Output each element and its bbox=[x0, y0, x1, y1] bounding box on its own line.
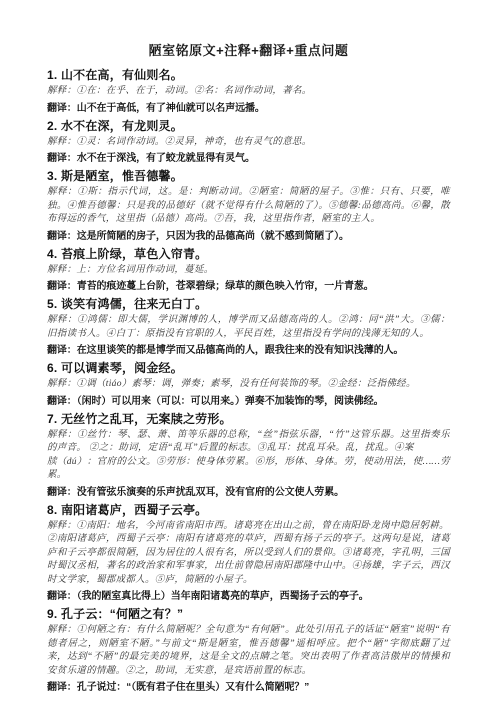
item-annotation: 解释：①调（tiáo）素琴：调，弹奏；素琴，没有任何装饰的琴。②金经：泛指佛经。 bbox=[47, 378, 450, 392]
item-heading: 7. 无丝竹之乱耳，无案牍之劳形。 bbox=[47, 412, 450, 427]
note-item: 8. 南阳诸葛庐，西蜀子云亭。解释：①南阳：地名，今河南省南阳市西。诸葛亮在出山… bbox=[47, 503, 450, 605]
item-translation: 翻译：（闲时）可以用来（可以：可以用来。）弹奏不加装饰的琴，阅读佛经。 bbox=[47, 395, 450, 409]
item-annotation: 解释：①灵：名词作动词。②灵异，神奇，也有灵气的意思。 bbox=[47, 136, 450, 150]
annotation-line: 解释：上：方位名词用作动词，蔓延。 bbox=[47, 264, 450, 278]
document-title: 陋室铭原文+注释+翻译+重点问题 bbox=[47, 42, 450, 60]
document-page: 陋室铭原文+注释+翻译+重点问题 1. 山不在高，有仙则名。解释：①在：在乎、在… bbox=[0, 0, 496, 702]
item-translation: 翻译：山不在于高低，有了神仙就可以名声远播。 bbox=[47, 102, 450, 116]
note-item: 5. 谈笑有鸿儒，往来无白丁。解释：①鸿儒：即大儒，学识渊博的人，博学而又品德高… bbox=[47, 297, 450, 358]
note-item: 2. 水不在深，有龙则灵。解释：①灵：名词作动词。②灵异，神奇，也有灵气的意思。… bbox=[47, 119, 450, 167]
item-annotation: 解释：上：方位名词用作动词，蔓延。 bbox=[47, 264, 450, 278]
annotation-line: ②南阳诸葛庐，西蜀子云亭：南阳有诸葛亮的草庐，西蜀有扬子云的亭子。这两句是说，诸… bbox=[47, 533, 450, 587]
item-heading: 8. 南阳诸葛庐，西蜀子云亭。 bbox=[47, 503, 450, 518]
annotation-line: 解释：①调（tiáo）素琴：调，弹奏；素琴，没有任何装饰的琴。②金经：泛指佛经。 bbox=[47, 378, 450, 392]
item-translation: 翻译：没有管弦乐演奏的乐声扰乱双耳，没有官府的公文使人劳累。 bbox=[47, 486, 450, 500]
item-annotation: 解释：①丝竹：琴、瑟、萧、笛等乐器的总称，“丝”指弦乐器，“竹”这管乐器。这里指… bbox=[47, 429, 450, 483]
item-heading: 9. 孔子云：“何陋之有？” bbox=[47, 607, 450, 622]
note-item: 4. 苔痕上阶绿，草色入帘青。解释：上：方位名词用作动词，蔓延。翻译：青苔的痕迹… bbox=[47, 247, 450, 295]
annotation-line: 牍（dú）：官府的公文。⑤劳形：使身体劳累。⑥形，形体、身体。劳，使动用法，使…… bbox=[47, 456, 450, 483]
note-item: 1. 山不在高，有仙则名。解释：①在：在乎、在于，动词。②名：名词作动词，著名。… bbox=[47, 68, 450, 116]
item-heading: 3. 斯是陋室，惟吾德馨。 bbox=[47, 169, 450, 184]
item-heading: 2. 水不在深，有龙则灵。 bbox=[47, 119, 450, 134]
annotation-line: 解释：①鸿儒：即大儒，学识渊博的人，博学而又品德高尚的人。②鸿：同“洪”大。③儒… bbox=[47, 314, 450, 341]
annotation-line: 解释：①在：在乎、在于，动词。②名：名词作动词，著名。 bbox=[47, 85, 450, 99]
item-heading: 5. 谈笑有鸿儒，往来无白丁。 bbox=[47, 297, 450, 312]
annotation-line: 解释：①灵：名词作动词。②灵异，神奇，也有灵气的意思。 bbox=[47, 136, 450, 150]
item-translation: 翻译：水不在于深浅，有了蛟龙就显得有灵气。 bbox=[47, 152, 450, 166]
item-translation: 翻译：孔子说过：“（既有君子住在里头）又有什么简陋呢？” bbox=[47, 681, 450, 695]
annotation-line: 解释：①南阳：地名，今河南省南阳市西。诸葛亮在出山之前，曾在南阳卧龙岗中隐居躬耕… bbox=[47, 520, 450, 534]
note-item: 7. 无丝竹之乱耳，无案牍之劳形。解释：①丝竹：琴、瑟、萧、笛等乐器的总称，“丝… bbox=[47, 412, 450, 500]
item-translation: 翻译：（我的陋室真比得上）当年南阳诸葛亮的草庐，西蜀扬子云的亭子。 bbox=[47, 590, 450, 604]
item-heading: 4. 苔痕上阶绿，草色入帘青。 bbox=[47, 247, 450, 262]
item-heading: 1. 山不在高，有仙则名。 bbox=[47, 68, 450, 83]
item-annotation: 解释：①斯：指示代词，这。是：判断动词。②陋室：简陋的屋子。③惟：只有、只要，唯… bbox=[47, 186, 450, 227]
item-annotation: 解释：①南阳：地名，今河南省南阳市西。诸葛亮在出山之前，曾在南阳卧龙岗中隐居躬耕… bbox=[47, 520, 450, 588]
item-annotation: 解释：①在：在乎、在于，动词。②名：名词作动词，著名。 bbox=[47, 85, 450, 99]
note-item: 6. 可以调素琴，阅金经。解释：①调（tiáo）素琴：调，弹奏；素琴，没有任何装… bbox=[47, 361, 450, 409]
item-annotation: 解释：①鸿儒：即大儒，学识渊博的人，博学而又品德高尚的人。②鸿：同“洪”大。③儒… bbox=[47, 314, 450, 341]
annotation-line: 解释：①斯：指示代词，这。是：判断动词。②陋室：简陋的屋子。③惟：只有、只要，唯… bbox=[47, 186, 450, 227]
item-translation: 翻译：在这里谈笑的都是博学而又品德高尚的人，跟我往来的没有知识浅薄的人。 bbox=[47, 344, 450, 358]
item-translation: 翻译：青苔的痕迹蔓上台阶，苍翠碧绿；绿草的颜色映入竹帘，一片青葱。 bbox=[47, 280, 450, 294]
item-heading: 6. 可以调素琴，阅金经。 bbox=[47, 361, 450, 376]
items-container: 1. 山不在高，有仙则名。解释：①在：在乎、在于，动词。②名：名词作动词，著名。… bbox=[47, 68, 450, 695]
item-translation: 翻译：这是所简陋的房子，只因为我的品德高尚（就不感到简陋了）。 bbox=[47, 230, 450, 244]
annotation-line: 解释：①丝竹：琴、瑟、萧、笛等乐器的总称，“丝”指弦乐器，“竹”这管乐器。这里指… bbox=[47, 429, 450, 456]
note-item: 3. 斯是陋室，惟吾德馨。解释：①斯：指示代词，这。是：判断动词。②陋室：简陋的… bbox=[47, 169, 450, 244]
annotation-line: 解释：①何陋之有：有什么简陋呢？全句意为“有何陋”。此处引用孔子的话证“陋室”说… bbox=[47, 624, 450, 678]
item-annotation: 解释：①何陋之有：有什么简陋呢？全句意为“有何陋”。此处引用孔子的话证“陋室”说… bbox=[47, 624, 450, 678]
note-item: 9. 孔子云：“何陋之有？”解释：①何陋之有：有什么简陋呢？全句意为“有何陋”。… bbox=[47, 607, 450, 695]
